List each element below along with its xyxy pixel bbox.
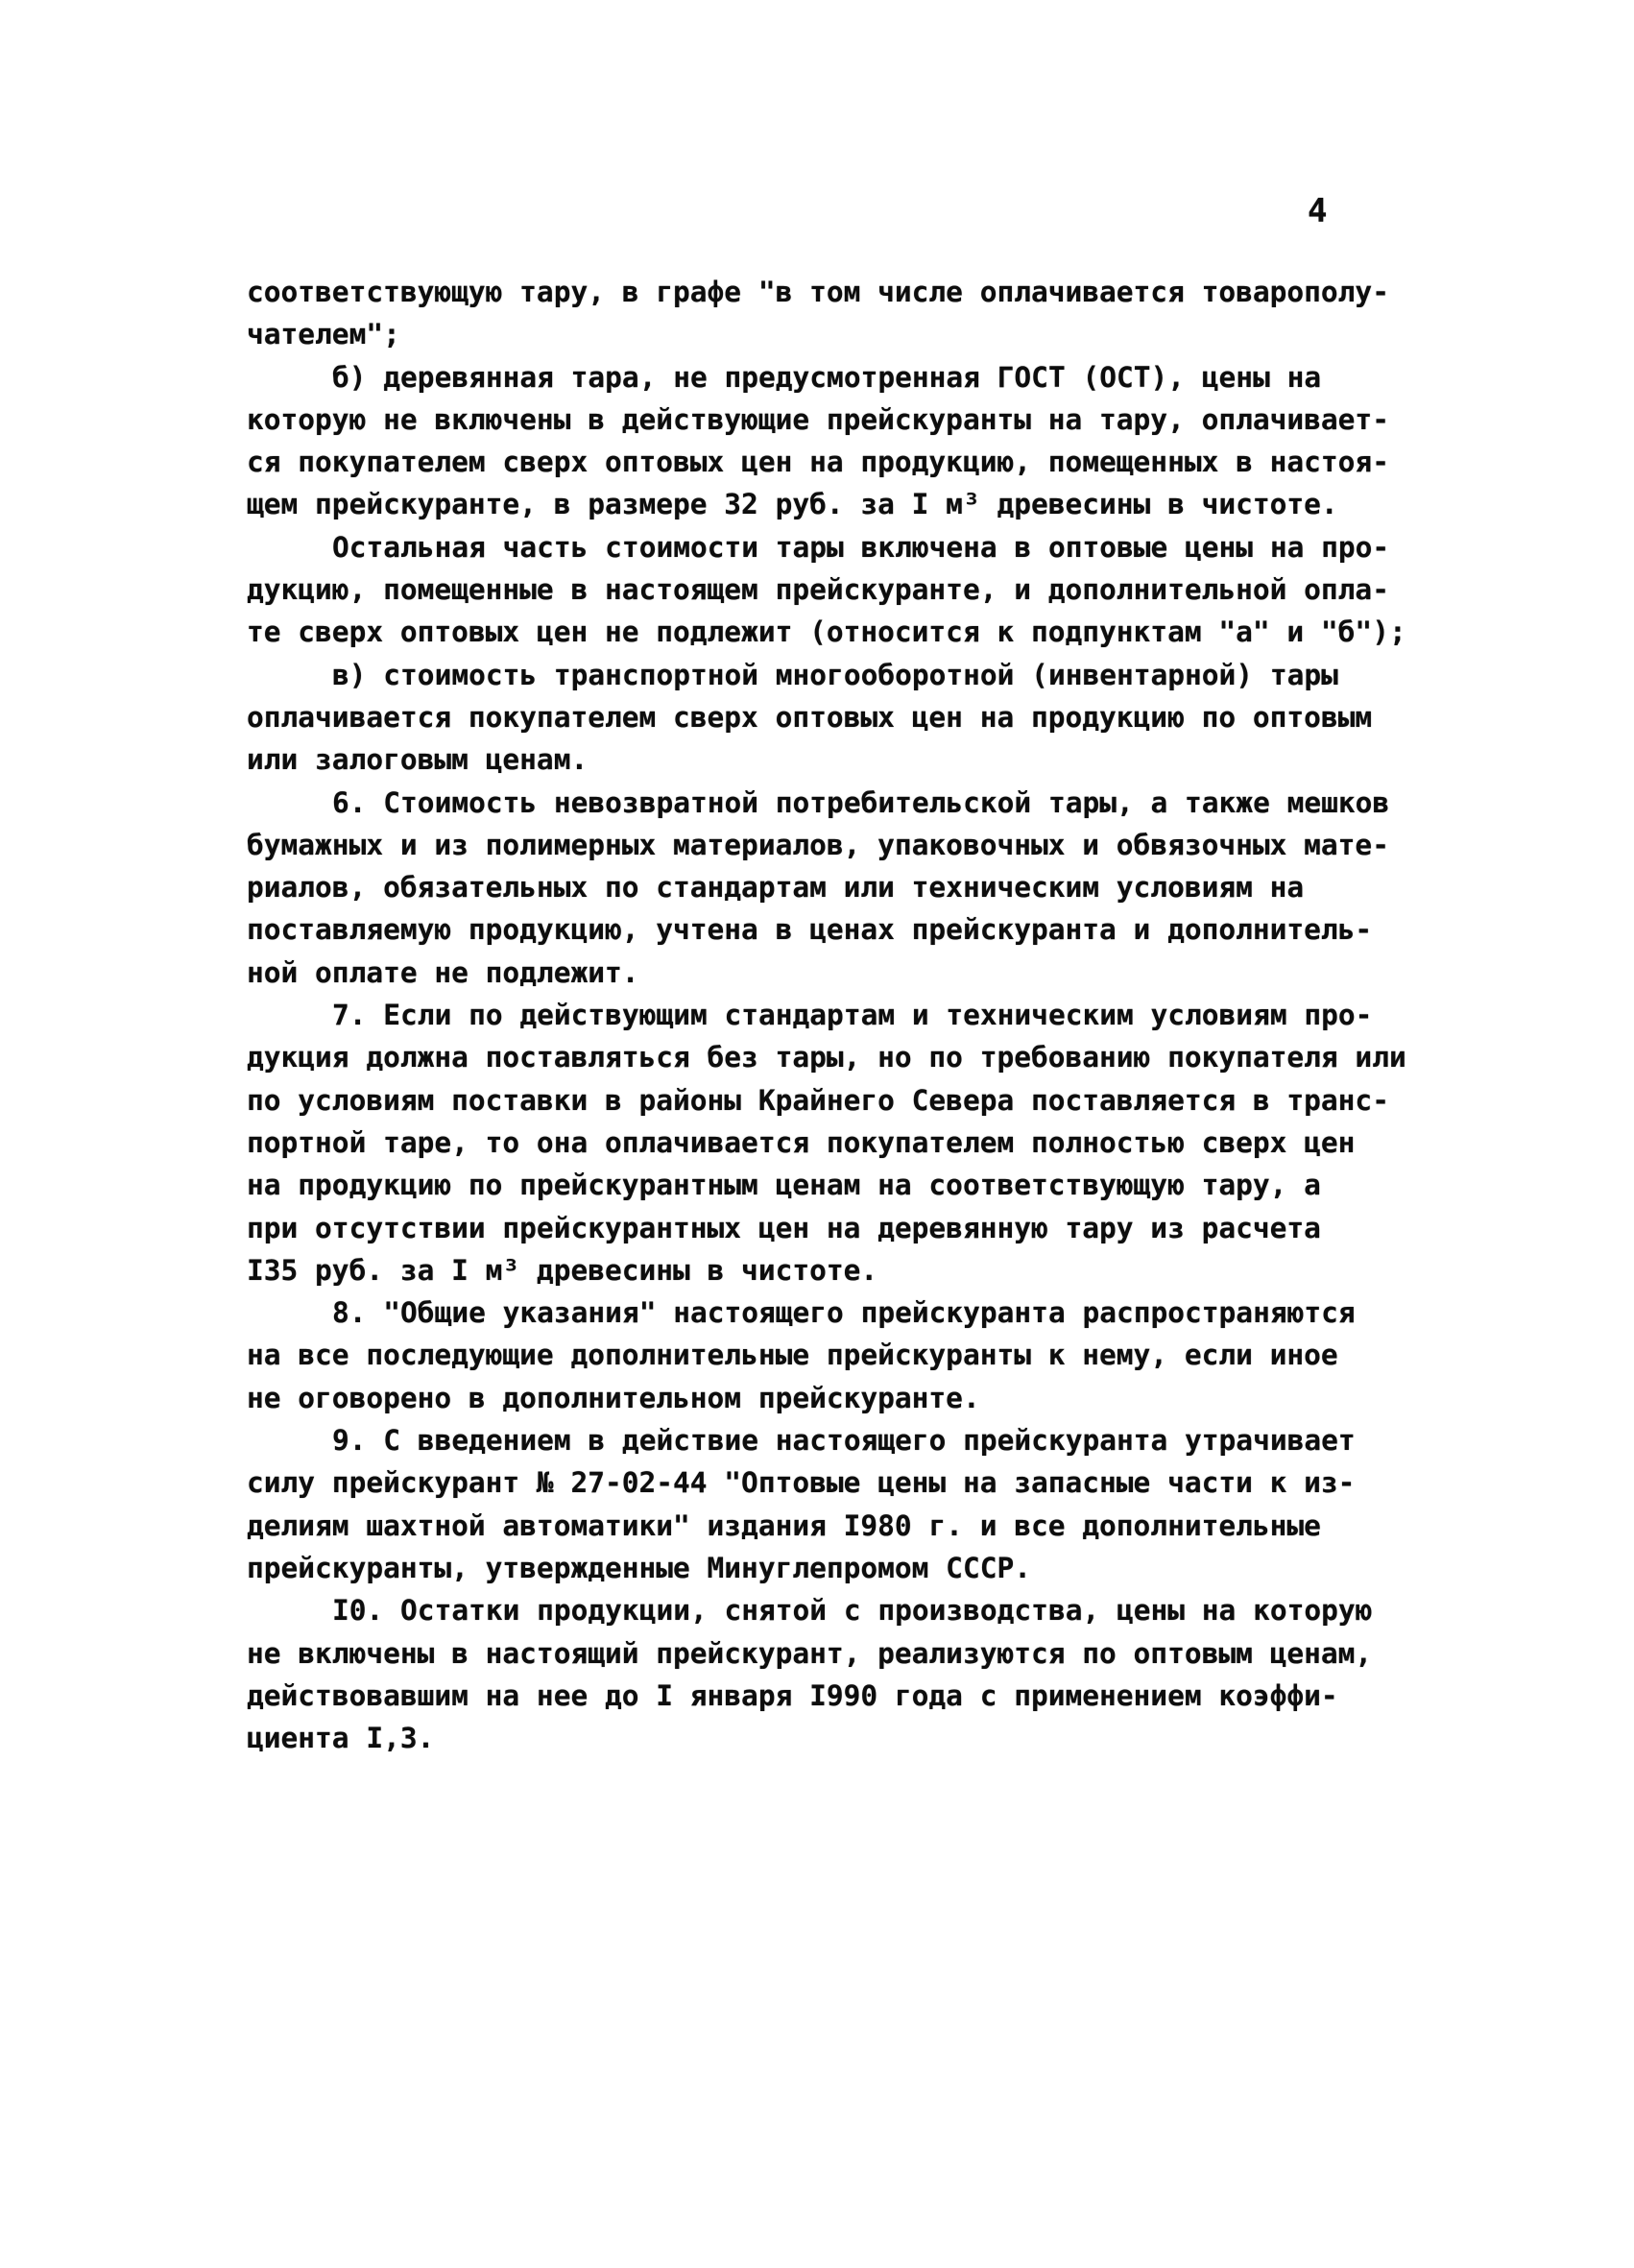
text-line: делиям шахтной автоматики" издания I980 … [247, 1505, 1447, 1547]
text-line: или залоговым ценам. [247, 738, 1447, 781]
text-line: бумажных и из полимерных материалов, упа… [247, 824, 1447, 866]
text-line: 6. Стоимость невозвратной потребительско… [247, 782, 1447, 824]
text-line: 8. "Общие указания" настоящего прейскура… [247, 1291, 1447, 1334]
text-line: портной таре, то она оплачивается покупа… [247, 1122, 1447, 1164]
text-line: поставляемую продукцию, учтена в ценах п… [247, 908, 1447, 951]
scanned-document-page: 4 соответствующую тару, в графе "в том ч… [0, 0, 1634, 2268]
text-line: I35 руб. за I м³ древесины в чистоте. [247, 1249, 1447, 1291]
text-line: на все последующие дополнительные прейск… [247, 1334, 1447, 1376]
text-line: действовавшим на нее до I января I990 го… [247, 1675, 1447, 1717]
text-line: циента I,3. [247, 1717, 1447, 1759]
text-line: Остальная часть стоимости тары включена … [247, 526, 1447, 568]
text-line: те сверх оптовых цен не подлежит (относи… [247, 611, 1447, 653]
text-line: силу прейскурант № 27-02-44 "Оптовые цен… [247, 1461, 1447, 1504]
text-line: которую не включены в действующие прейск… [247, 398, 1447, 441]
text-line: 9. С введением в действие настоящего пре… [247, 1419, 1447, 1461]
text-line: чателем"; [247, 313, 1447, 355]
text-block: соответствующую тару, в графе "в том чис… [247, 271, 1447, 1759]
text-line: дукция должна поставляться без тары, но … [247, 1036, 1447, 1078]
text-line: по условиям поставки в районы Крайнего С… [247, 1079, 1447, 1122]
text-line: ной оплате не подлежит. [247, 952, 1447, 994]
text-line: оплачивается покупателем сверх оптовых ц… [247, 696, 1447, 738]
text-line: соответствующую тару, в графе "в том чис… [247, 271, 1447, 313]
text-line: 7. Если по действующим стандартам и техн… [247, 994, 1447, 1036]
text-line: ся покупателем сверх оптовых цен на прод… [247, 441, 1447, 483]
text-line: риалов, обязательных по стандартам или т… [247, 866, 1447, 908]
text-line: не оговорено в дополнительном прейскуран… [247, 1377, 1447, 1419]
text-line: в) стоимость транспортной многооборотной… [247, 654, 1447, 696]
text-line: дукцию, помещенные в настоящем прейскура… [247, 568, 1447, 611]
text-line: при отсутствии прейскурантных цен на дер… [247, 1207, 1447, 1249]
page-number: 4 [1308, 192, 1327, 230]
text-line: I0. Остатки продукции, снятой с производ… [247, 1589, 1447, 1631]
text-line: щем прейскуранте, в размере 32 руб. за I… [247, 483, 1447, 525]
text-line: прейскуранты, утвержденные Минуглепромом… [247, 1547, 1447, 1589]
text-line: на продукцию по прейскурантным ценам на … [247, 1164, 1447, 1206]
text-line: не включены в настоящий прейскурант, реа… [247, 1632, 1447, 1675]
text-line: б) деревянная тара, не предусмотренная Г… [247, 356, 1447, 398]
